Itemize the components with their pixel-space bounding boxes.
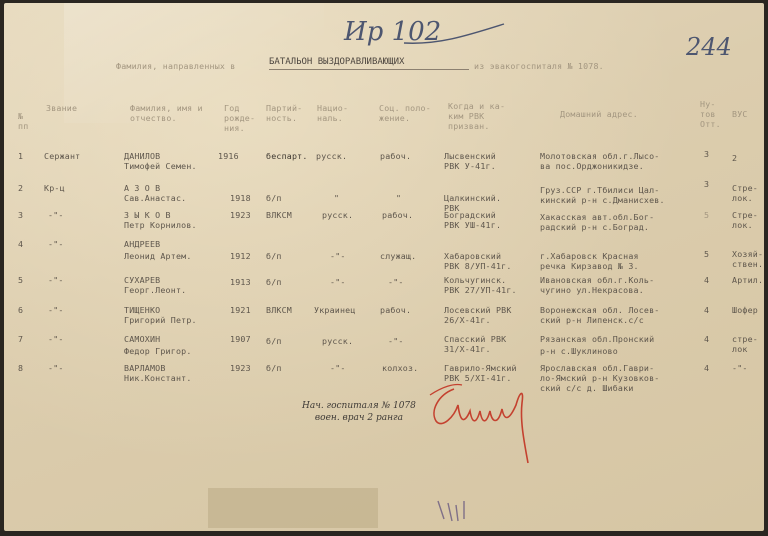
row-party: б/п (266, 277, 282, 287)
row-category: 5 (704, 249, 709, 259)
row-address: Воронежская обл. Лосев- (540, 305, 660, 315)
row-category: 4 (704, 305, 709, 315)
col-header-number: № пп (18, 111, 38, 131)
stamp-line-2: воен. врач 2 ранга (302, 412, 416, 424)
row-surname: ВАРЛАМОВ (124, 363, 166, 373)
row-rank: -"- (48, 210, 64, 220)
row-number: 4 (18, 239, 23, 249)
stamp-line-1: Нач. госпиталя № 1078 (302, 400, 416, 412)
paper-stain (208, 488, 378, 528)
row-address: г.Хабаровск Красная (540, 251, 639, 261)
col-header-party: Партий-ность. (266, 103, 308, 123)
row-year: 1916 (218, 151, 239, 161)
row-social: колхоз. (382, 363, 418, 373)
row-given-name: Ник.Констант. (124, 373, 192, 383)
row-nationality: -"- (330, 277, 346, 287)
row-address: Груз.ССР г.Тбилиси Цал- (540, 185, 660, 195)
col-header-birth-year: Год рожде-ния. (224, 103, 252, 133)
row-address-2: речка Кирзавод № 3. (540, 261, 639, 271)
row-address-2: ло-Ямский р-н Кузовков- (540, 373, 660, 383)
col-header-social: Соц. поло-жение. (379, 103, 435, 123)
row-number: 6 (18, 305, 23, 315)
row-vus: Стре- (732, 210, 758, 220)
row-year: 1907 (230, 334, 251, 344)
row-number: 2 (18, 183, 23, 193)
row-rvk: Хабаровский (444, 251, 501, 261)
row-nationality: русск. (322, 336, 353, 346)
archival-document-page: Ир 102 244 Фамилия, направленных в БАТАЛ… (4, 3, 764, 531)
row-address-2: радский р-н с.Боград. (540, 222, 649, 232)
row-party: ВЛКСМ (266, 210, 292, 220)
row-party: ВЛКСМ (266, 305, 292, 315)
row-given-name: Петр Корнилов. (124, 220, 197, 230)
row-number: 7 (18, 334, 23, 344)
row-surname: А З О В (124, 183, 160, 193)
row-vus: Артил. (732, 275, 763, 285)
row-rvk: Гаврило-Ямский (444, 363, 517, 373)
row-party: беспарт. (266, 151, 308, 161)
row-rvk-date: РВК УШ-41г. (444, 220, 501, 230)
row-rvk-date: РВК 27/УП-41г. (444, 285, 517, 295)
row-rank: -"- (48, 363, 64, 373)
row-category: 3 (704, 179, 709, 189)
row-category: 4 (704, 334, 709, 344)
table-row: 7 -"- САМОХИН Федор Григор. 1907 б/п рус… (4, 334, 764, 360)
row-surname: АНДРЕЕВ (124, 239, 160, 249)
table-row: 8 -"- ВАРЛАМОВ Ник.Констант. 1923 б/п -"… (4, 363, 764, 389)
row-category: 4 (704, 363, 709, 373)
document-title: БАТАЛЬОН ВЫЗДОРАВЛИВАЮЩИХ (269, 57, 469, 70)
row-rvk: Спасский РВК (444, 334, 506, 344)
table-row: 3 -"- З Ы К О В Петр Корнилов. 1923 ВЛКС… (4, 210, 764, 236)
col-header-nationality: Нацио-наль. (317, 103, 359, 123)
col-header-name: Фамилия, имя и отчество. (130, 103, 220, 123)
row-year: 1912 (230, 251, 251, 261)
row-rvk: Лысвенский (444, 151, 496, 161)
row-rvk: Боградский (444, 210, 496, 220)
row-surname: З Ы К О В (124, 210, 171, 220)
row-rank: -"- (48, 334, 64, 344)
row-category: 3 (704, 149, 709, 159)
row-number: 3 (18, 210, 23, 220)
header-right-faded: из эвакогоспиталя № 1078. (474, 61, 604, 71)
row-nationality: " (334, 193, 339, 203)
row-rank: Сержант (44, 151, 80, 161)
red-signature (424, 381, 554, 471)
handwritten-page-number: 244 (686, 33, 732, 61)
row-surname: САМОХИН (124, 334, 160, 344)
row-number: 8 (18, 363, 23, 373)
row-rank: -"- (48, 239, 64, 249)
row-rank: Кр-ц (44, 183, 65, 193)
table-row: 4 -"- АНДРЕЕВ Леонид Артем. 1912 б/п -"-… (4, 239, 764, 265)
row-rvk-date: РВК У-41г. (444, 161, 496, 171)
row-address-2: кинский р-н с.Дманисхев. (540, 195, 665, 205)
row-given-name: Тимофей Семен. (124, 161, 197, 171)
row-address: Ярославская обл.Гаври- (540, 363, 654, 373)
row-surname: СУХАРЕВ (124, 275, 160, 285)
row-rvk: Цалкинский. (444, 193, 501, 203)
row-address: Ивановская обл.г.Коль- (540, 275, 654, 285)
row-year: 1923 (230, 210, 251, 220)
row-given-name: Сав.Анастас. (124, 193, 186, 203)
row-category: 5 (704, 210, 709, 220)
row-number: 5 (18, 275, 23, 285)
row-vus-2: лок. (732, 193, 753, 203)
row-vus: Стре- (732, 183, 758, 193)
handwritten-underline-stroke (399, 21, 509, 51)
col-header-rank: Звание (46, 103, 77, 113)
row-given-name: Леонид Артем. (124, 251, 192, 261)
row-vus: Шофер (732, 305, 758, 315)
row-vus: -"- (732, 363, 748, 373)
header-left-faded: Фамилия, направленных в (116, 61, 236, 71)
row-year: 1923 (230, 363, 251, 373)
row-nationality: Украинец (314, 305, 356, 315)
table-row: 6 -"- ТИЩЕНКО Григорий Петр. 1921 ВЛКСМ … (4, 305, 764, 331)
row-vus: Хозяй- (732, 249, 763, 259)
row-address: Молотовская обл.г.Лысо- (540, 151, 660, 161)
row-address-2: р-н с.Шуклиново (540, 346, 618, 356)
row-given-name: Григорий Петр. (124, 315, 197, 325)
row-vus: стре- (732, 334, 758, 344)
row-rank: -"- (48, 305, 64, 315)
row-given-name: Георг.Леонт. (124, 285, 186, 295)
col-header-address: Домашний адрес. (560, 109, 638, 119)
row-social: служащ. (380, 251, 416, 261)
row-social: " (396, 193, 401, 203)
row-social: -"- (388, 336, 404, 346)
row-social: рабоч. (380, 305, 411, 315)
row-address: Рязанская обл.Пронский (540, 334, 654, 344)
table-row: 1 Сержант ДАНИЛОВ Тимофей Семен. 1916 бе… (4, 151, 764, 177)
row-vus-2: лок. (732, 220, 753, 230)
hospital-stamp: Нач. госпиталя № 1078 воен. врач 2 ранга (302, 400, 416, 424)
row-party: б/п (266, 251, 282, 261)
row-given-name: Федор Григор. (124, 346, 192, 356)
row-rvk: Кольчугинск. (444, 275, 506, 285)
row-rvk-date: РВК 8/УП-41г. (444, 261, 512, 271)
row-nationality: -"- (330, 363, 346, 373)
row-vus-2: ствен. (732, 259, 763, 269)
row-nationality: русск. (322, 210, 353, 220)
row-address-2: ва пос.Орджоникидзе. (540, 161, 644, 171)
row-rvk-date: 31/Х-41г. (444, 344, 491, 354)
row-social: рабоч. (382, 210, 413, 220)
row-rvk: Лосевский РВК (444, 305, 512, 315)
row-year: 1921 (230, 305, 251, 315)
row-social: рабоч. (380, 151, 411, 161)
col-header-vus: ВУС (732, 109, 748, 119)
row-party: б/п (266, 363, 282, 373)
row-rvk-date: 26/Х-41г. (444, 315, 491, 325)
col-header-rvk: Когда и ка-ким РВК призван. (448, 101, 514, 131)
col-header-category: Ну-тов Отт. (700, 99, 722, 129)
row-year: 1918 (230, 193, 251, 203)
row-party: б/п (266, 193, 282, 203)
row-social: -"- (388, 277, 404, 287)
row-category: 4 (704, 275, 709, 285)
row-nationality: -"- (330, 251, 346, 261)
row-surname: ДАНИЛОВ (124, 151, 160, 161)
row-vus: 2 (732, 153, 737, 163)
purple-ink-mark (434, 495, 474, 525)
row-address: Хакасская авт.обл.Бог- (540, 212, 654, 222)
row-rank: -"- (48, 275, 64, 285)
table-row: 2 Кр-ц А З О В Сав.Анастас. 1918 б/п " "… (4, 183, 764, 209)
row-surname: ТИЩЕНКО (124, 305, 160, 315)
row-vus-2: лок (732, 344, 748, 354)
row-address-2: ский р-н Липенск.с/с (540, 315, 644, 325)
row-number: 1 (18, 151, 23, 161)
row-year: 1913 (230, 277, 251, 287)
table-row: 5 -"- СУХАРЕВ Георг.Леонт. 1913 б/п -"- … (4, 275, 764, 301)
row-address-3: ский с/с д. Шибаки (540, 383, 634, 393)
row-party: б/п (266, 336, 282, 346)
row-address-2: чугино ул.Некрасова. (540, 285, 644, 295)
row-nationality: русск. (316, 151, 347, 161)
